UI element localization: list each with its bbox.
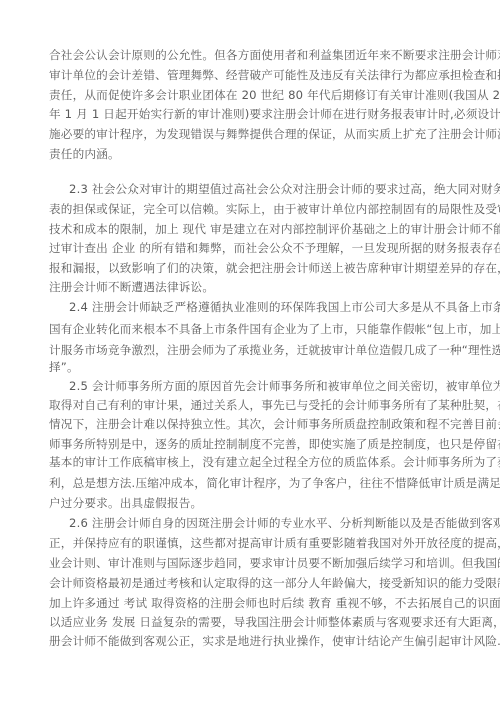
- text-line: 计服务市场竞争激烈，注册会师为了承揽业务，迁就披审计单位造假几成了一种“理性选: [49, 341, 453, 359]
- text-line: 表的担保或保证，完全可以信赖。实际上，由于被审计单位内部控制固有的局限性及受审计: [49, 200, 453, 218]
- text-line: 责任，从而促使许多会计职业团体在 20 世纪 80 年代后期修订有关审计准则(我…: [49, 86, 453, 104]
- section-heading-line: 2.5 会计师事务所方面的原因首先会计师事务所和被审单位之间关密切，被审单位为了: [69, 377, 453, 395]
- text-line: 利，总是想方法.压缩冲成本，简化审计程序，为了争客户，往往不惜降低审计质是满足客: [49, 474, 453, 492]
- text-line: 过审计查出 企业 的所有错和舞弊，而社会公众不予理解，一旦发现所据的财务报表存在…: [49, 239, 453, 257]
- text-line: 户过分要求。出具虚假报告。: [49, 494, 453, 512]
- text-line: 取得对自己有利的审计果，通过关系人，事先已与受托的会计师事务所有了某种肚契，在这…: [49, 396, 453, 414]
- text-line: 加上许多通过 考试 取得资格的注册会师也时后续 教育 重视不够，不去拓展自己的识…: [49, 594, 453, 612]
- text-line: 师事务所特别是中，逐务的质址控制制度不完善，即使实施了质是控制度，也只是停留在最: [49, 435, 453, 453]
- text-line: 国有企业转化而来根本不具备上市条件国有企业为了上市，只能靠作假帐“包上市，加上会: [49, 320, 453, 338]
- document-page: 合社会公认会计原则的公允性。但各方面使用者和利益集团近年来不断要求注册会计师对被…: [0, 0, 500, 707]
- section-heading-line: 2.3 社会公众对审计的期望值过高社会公众对注册会计师的要求过高，绝大同对财务报: [69, 180, 453, 198]
- text-line: 注册会计师不断遭遇法律诉讼。: [49, 278, 453, 296]
- text-line: 报和漏报，以致影响了们的决策，就会把注册会计师送上被告席种审计期望差异的存在，使: [49, 259, 453, 277]
- text-line: 年 1 月 1 日起开始实行新的审计准则)要求注册会计师在进行财务报表审计时,必…: [49, 105, 453, 123]
- text-line: 正，并保持应有的职谨慎，这些都对提高审计质有重要影随着我国对外开放径度的提高，企: [49, 534, 453, 552]
- text-line: 审计单位的会计差错、管理舞弊、经营破产可能性及违反有关法律行为都应承担检查和报告: [49, 66, 453, 84]
- text-line: 施必要的审计程序，为发现错误与舞弊提供合理的保证，从而实质上扩充了注册会计师法律: [49, 125, 453, 143]
- text-line: 责任的内涵。: [49, 145, 453, 163]
- text-line: 择”。: [49, 358, 453, 376]
- text-line: 合社会公认会计原则的公允性。但各方面使用者和利益集团近年来不断要求注册会计师对被: [49, 46, 453, 64]
- text-line: 技术和成本的限制，加上 现代 审是建立在对内部控制评价基础之上的审计册会计师不能…: [49, 220, 453, 238]
- text-line: 业会计则、审计准则与国际逐步趋同，要求审计员要不断加强后续学习和培训。但我国的册: [49, 554, 453, 572]
- text-line: 以适应业务 发展 日益复杂的需要，导我国注册会计师整体素质与客观要求还有大距离，…: [49, 613, 453, 631]
- text-line: 会计师资格最初是通过考核和认定取得的这一部分人年龄偏大，接受新知识的能力受限制，: [49, 574, 453, 592]
- text-line: 册会计师不能做到客观公正，实求是地进行执业操作，使审计结论产生偏引起审计风险.: [49, 632, 453, 650]
- section-heading-line: 2.6 注册会计师自身的因斑注册会计师的专业水平、分析判断能以及是否能做到客观公: [69, 514, 453, 532]
- text-line: 基本的审计工作底稿审核上，没有建立起全过程全方位的质监体系。会计师事务所为了获: [49, 453, 453, 471]
- text-line: 情况下，注册会计难以保持独立性。其次，会计师事务所质盘控制政策和程不完善目前会计: [49, 415, 453, 433]
- section-heading-line: 2.4 注册会计师缺乏严格遵循执业准则的环保阵我国上市公司大多是从不具备上市条的: [69, 298, 453, 316]
